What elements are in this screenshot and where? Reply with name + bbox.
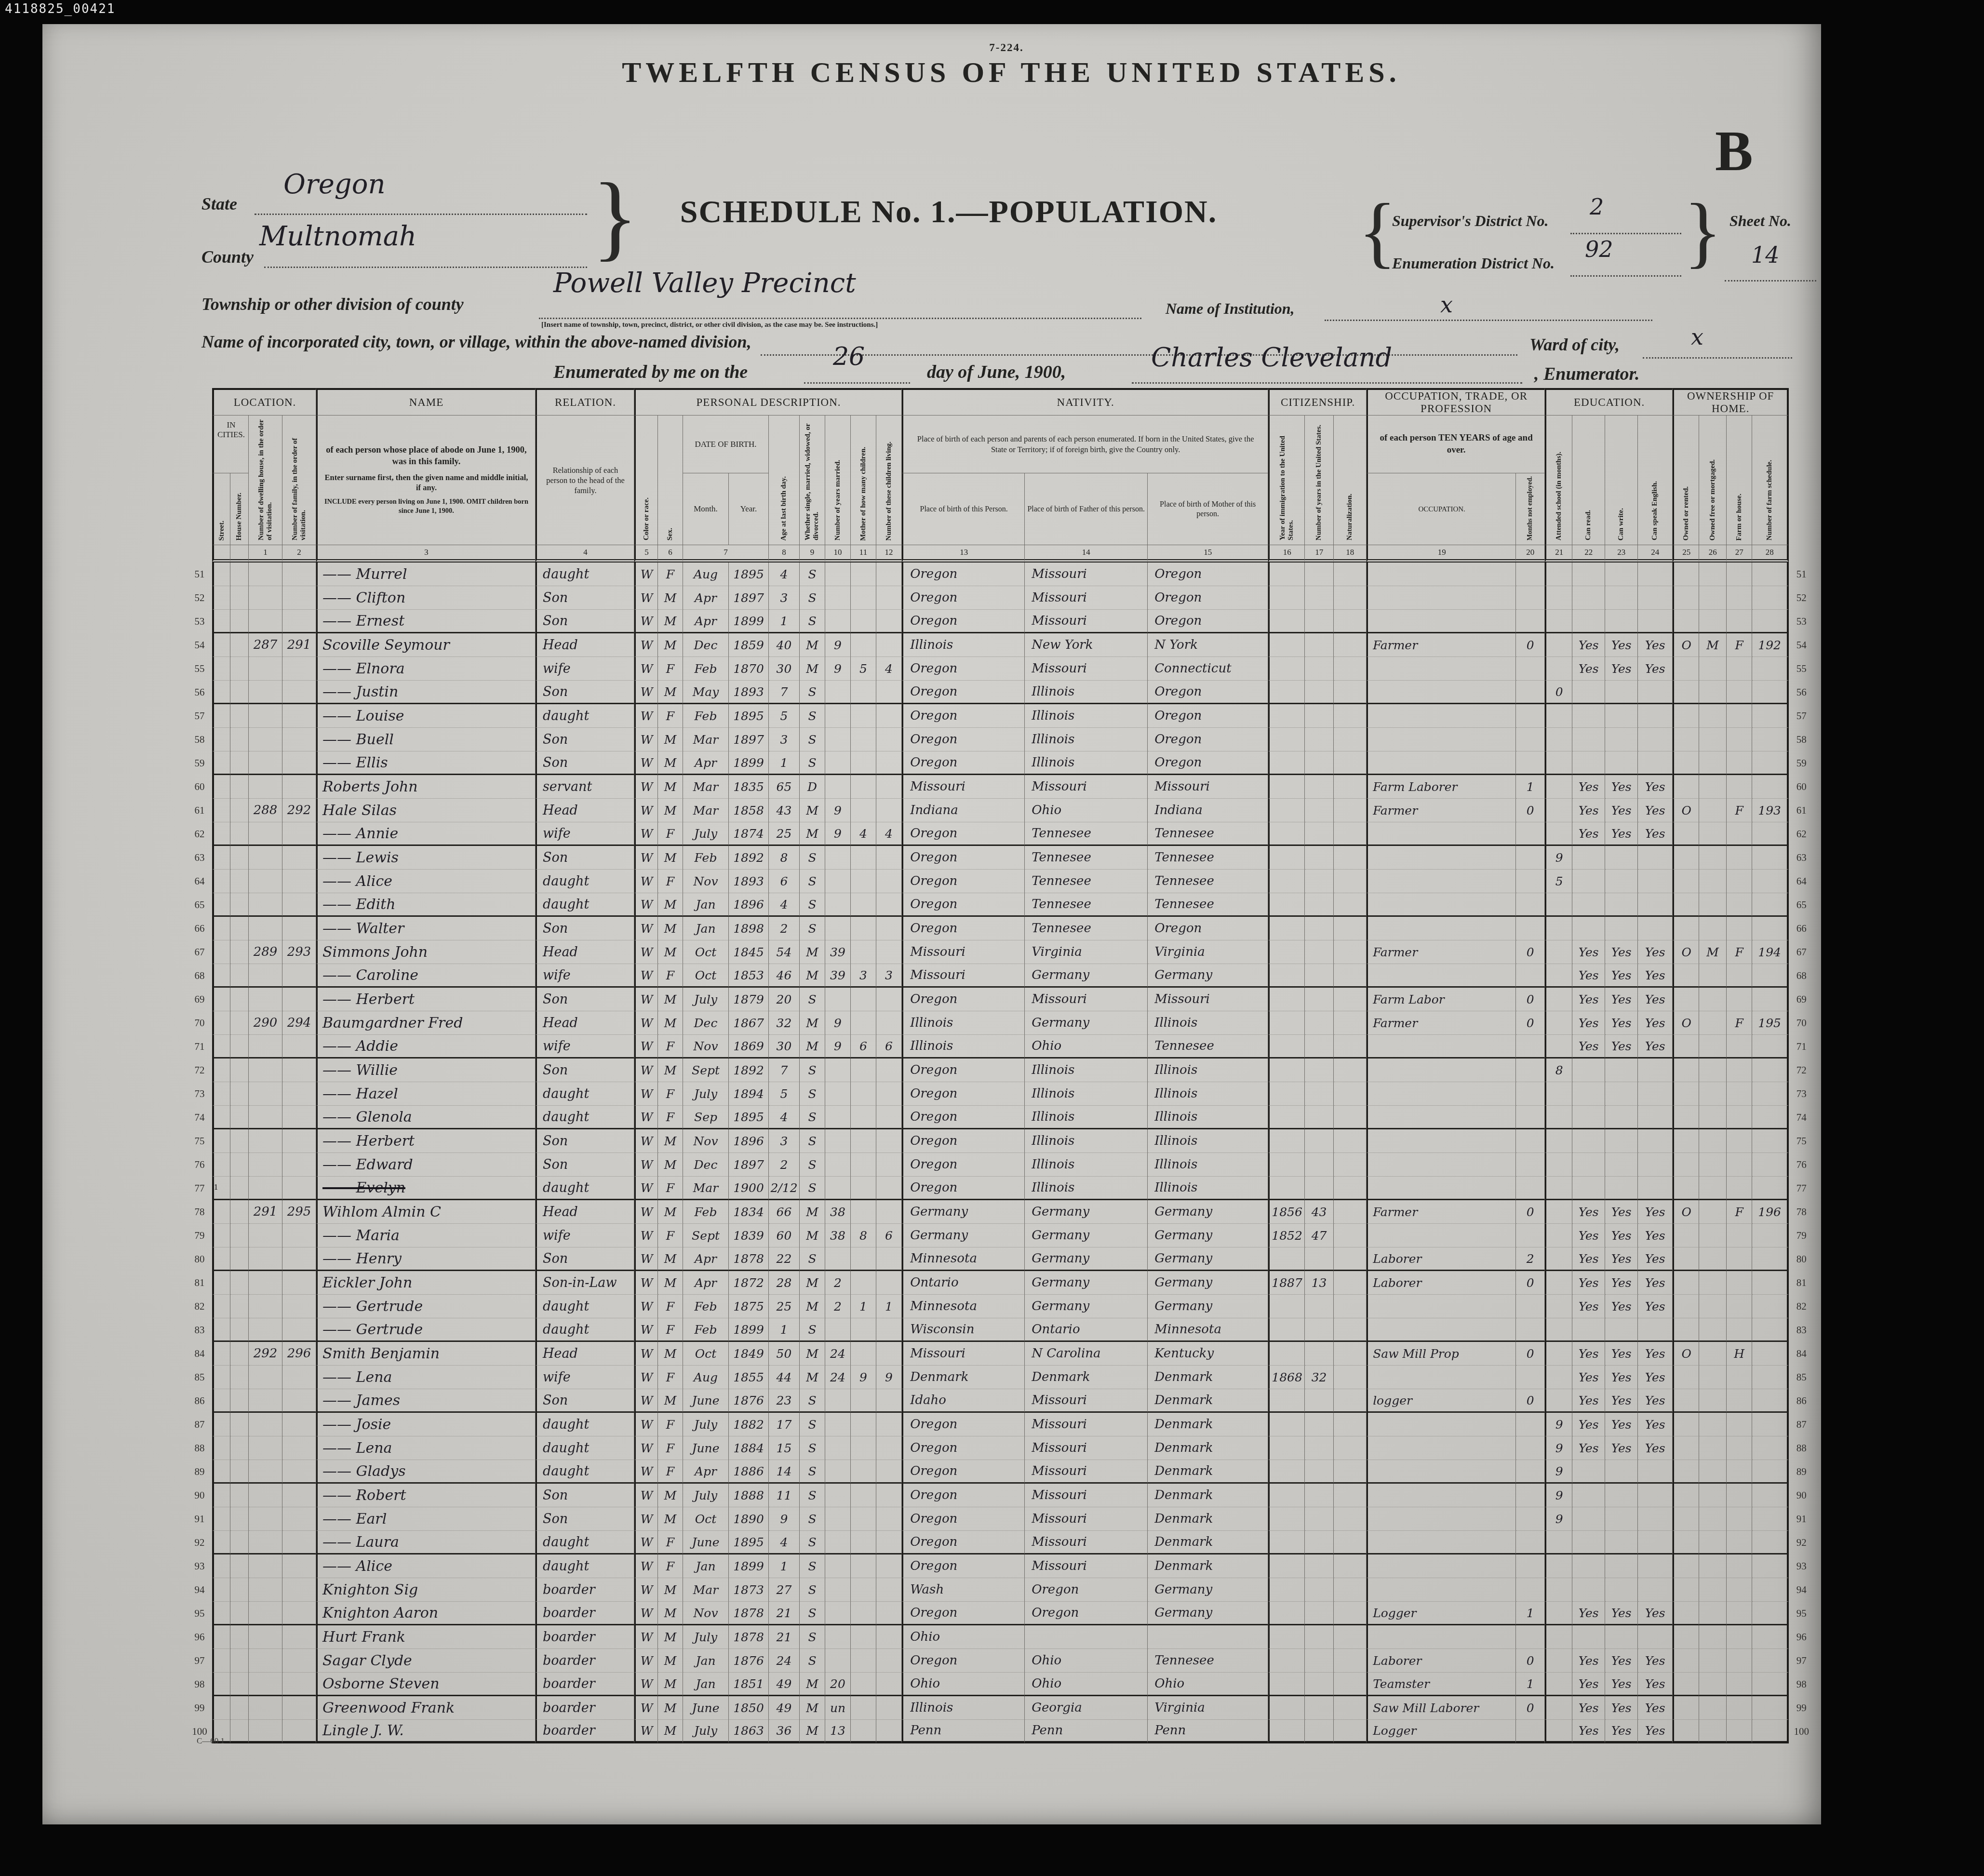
cell-fam: 293 <box>282 940 316 964</box>
township-line <box>539 317 1141 319</box>
cell-dw <box>249 1177 282 1200</box>
cell-rn: 61 <box>1789 799 1814 822</box>
cell-bf: Tennesee <box>1025 870 1148 893</box>
cell-dw <box>249 775 282 799</box>
cell-or <box>1673 1224 1699 1247</box>
cell-iy: 1856 <box>1268 1200 1305 1224</box>
colnum-blank-house <box>230 545 249 563</box>
cell-or <box>1673 1413 1699 1436</box>
col-years-married-label: Number of years married. <box>834 457 842 542</box>
cell-iy <box>1268 940 1305 964</box>
cell-at <box>1545 964 1572 988</box>
cell-at <box>1545 1106 1572 1129</box>
cell-c: W <box>634 728 658 751</box>
cell-st <box>212 1366 230 1389</box>
cell-rn: 62 <box>1789 822 1814 846</box>
cell-oc: Laborer <box>1367 1271 1516 1295</box>
cell-fm <box>1699 563 1727 586</box>
cell-bf: Denmark <box>1025 1366 1148 1389</box>
cell-st <box>212 1460 230 1484</box>
col-naturalization: Naturalization. <box>1334 415 1367 545</box>
cell-iy <box>1268 799 1305 822</box>
cell-bmo: Oregon <box>1148 917 1268 940</box>
cell-name: —— Annie <box>316 822 536 846</box>
cell-iy <box>1268 751 1305 775</box>
cell-bp: Illinois <box>902 1696 1025 1720</box>
cell-fh <box>1727 1554 1752 1578</box>
cell-st <box>212 1318 230 1342</box>
cell-rd: Yes <box>1572 775 1605 799</box>
cell-s: M <box>658 1673 683 1696</box>
cell-rn: 64 <box>1789 870 1814 893</box>
cell-bf: Germany <box>1025 1247 1148 1271</box>
cell-m: S <box>800 1554 825 1578</box>
cell-sp: Yes <box>1638 1271 1673 1295</box>
cell-yu <box>1305 964 1334 988</box>
table-row: 52—— CliftonSonWMApr18973SOregonMissouri… <box>187 586 1814 610</box>
cell-bp: Missouri <box>902 964 1025 988</box>
cell-at <box>1545 1531 1572 1554</box>
cell-rn: 78 <box>1789 1200 1814 1224</box>
cell-cl <box>876 728 902 751</box>
cell-mc <box>851 1696 876 1720</box>
cell-sp: Yes <box>1638 1011 1673 1035</box>
cell-age: 24 <box>769 1649 800 1673</box>
cell-hn <box>230 1082 249 1106</box>
cell-bf: Missouri <box>1025 610 1148 633</box>
cell-hn <box>230 1484 249 1507</box>
cell-bp: Oregon <box>902 893 1025 917</box>
cell-fm <box>1699 1106 1727 1129</box>
cell-iy <box>1268 1436 1305 1460</box>
cell-rn: 52 <box>1789 586 1814 610</box>
cell-bp: Ohio <box>902 1673 1025 1696</box>
cell-wr: Yes <box>1605 1602 1638 1625</box>
cell-oc <box>1367 1436 1516 1460</box>
col-sex: Sex. <box>658 415 683 545</box>
name-desc-3: INCLUDE every person living on June 1, 1… <box>323 497 529 515</box>
cell-mc <box>851 704 876 728</box>
cell-fm <box>1699 1649 1727 1673</box>
col-age: Age at last birth day. <box>769 415 800 545</box>
cell-fs <box>1752 1295 1789 1318</box>
cell-bmo: Illinois <box>1148 1106 1268 1129</box>
cell-s: M <box>658 1011 683 1035</box>
cell-fam <box>282 1059 316 1082</box>
cell-na <box>1334 563 1367 586</box>
cell-hn <box>230 917 249 940</box>
cell-cl <box>876 563 902 586</box>
cell-s: F <box>658 657 683 681</box>
name-desc-2: Enter surname first, then the given name… <box>323 472 529 493</box>
cell-wr <box>1605 1106 1638 1129</box>
cell-rn: 99 <box>1789 1696 1814 1720</box>
cell-bp: Missouri <box>902 940 1025 964</box>
county-line <box>264 266 587 268</box>
cell-name: Hurt Frank <box>316 1625 536 1649</box>
cell-age: 4 <box>769 563 800 586</box>
cell-fh <box>1727 1696 1752 1720</box>
cell-mc <box>851 1507 876 1531</box>
cell-fam <box>282 1720 316 1743</box>
cell-mn: 0 <box>1516 1342 1545 1366</box>
table-row: 85—— LenawifeWFAug185544M2499DenmarkDenm… <box>187 1366 1814 1389</box>
table-row: 67289293Simmons JohnHeadWMOct184554M39Mi… <box>187 940 1814 964</box>
cell-s: M <box>658 751 683 775</box>
cell-m: S <box>800 1460 825 1484</box>
cell-bf: Germany <box>1025 964 1148 988</box>
cell-ym: 9 <box>825 1035 851 1059</box>
table-row: 75—— HerbertSonWMNov18963SOregonIllinois… <box>187 1129 1814 1153</box>
col-month: Month. <box>683 473 729 545</box>
cell-mc <box>851 775 876 799</box>
cell-dw <box>249 822 282 846</box>
cell-at <box>1545 940 1572 964</box>
cell-fh <box>1727 1106 1752 1129</box>
cell-rel: Head <box>536 1200 634 1224</box>
col-group-education: EDUCATION. <box>1545 388 1673 415</box>
cell-fam <box>282 893 316 917</box>
cell-s: M <box>658 1129 683 1153</box>
cell-by: 1872 <box>729 1271 769 1295</box>
cell-sp: Yes <box>1638 1413 1673 1436</box>
cell-mn: 0 <box>1516 633 1545 657</box>
cell-dw <box>249 1507 282 1531</box>
cell-oc: Farmer <box>1367 799 1516 822</box>
cell-fam <box>282 1247 316 1271</box>
cell-mn: 1 <box>1516 1602 1545 1625</box>
cell-at: 0 <box>1545 681 1572 704</box>
cell-at <box>1545 1720 1572 1743</box>
cell-mn <box>1516 1059 1545 1082</box>
cell-st <box>212 681 230 704</box>
cell-ln: 64 <box>187 870 212 893</box>
cell-bf: Ohio <box>1025 1649 1148 1673</box>
cell-hn <box>230 1673 249 1696</box>
cell-oc: Farmer <box>1367 633 1516 657</box>
cell-fs <box>1752 1696 1789 1720</box>
cell-age: 2 <box>769 1153 800 1177</box>
cell-age: 3 <box>769 1129 800 1153</box>
cell-yu: 13 <box>1305 1271 1334 1295</box>
table-row: 88—— LenadaughtWFJune188415SOregonMissou… <box>187 1436 1814 1460</box>
cell-name: —— Alice <box>316 870 536 893</box>
cell-fh <box>1727 1389 1752 1413</box>
cell-bf: Missouri <box>1025 1436 1148 1460</box>
cell-sp <box>1638 870 1673 893</box>
cell-c: W <box>634 1554 658 1578</box>
cell-dw <box>249 1484 282 1507</box>
cell-iy <box>1268 822 1305 846</box>
cell-bp: Illinois <box>902 633 1025 657</box>
cell-bf: Illinois <box>1025 1082 1148 1106</box>
cell-cl <box>876 1153 902 1177</box>
cell-st <box>212 1578 230 1602</box>
cell-ym <box>825 893 851 917</box>
cell-sp: Yes <box>1638 1342 1673 1366</box>
cell-rd <box>1572 728 1605 751</box>
cell-age: 21 <box>769 1602 800 1625</box>
cell-fam <box>282 1460 316 1484</box>
cell-mn <box>1516 1484 1545 1507</box>
cell-fs <box>1752 1484 1789 1507</box>
cell-ln: 65 <box>187 893 212 917</box>
cell-at <box>1545 704 1572 728</box>
cell-yu <box>1305 1507 1334 1531</box>
cell-fam <box>282 1318 316 1342</box>
col-bp-father-label: Place of birth of Father of this person. <box>1027 505 1145 513</box>
cell-na <box>1334 610 1367 633</box>
cell-cl <box>876 1696 902 1720</box>
cell-dw <box>249 917 282 940</box>
cell-ln: 84 <box>187 1342 212 1366</box>
cell-bp: Ontario <box>902 1271 1025 1295</box>
colnum-9: 9 <box>800 545 825 563</box>
cell-s: M <box>658 1507 683 1531</box>
cell-dw <box>249 1625 282 1649</box>
cell-bmo: Germany <box>1148 964 1268 988</box>
cell-fh <box>1727 1035 1752 1059</box>
cell-fam: 296 <box>282 1342 316 1366</box>
cell-ym <box>825 728 851 751</box>
cell-iy <box>1268 1554 1305 1578</box>
cell-cl: 9 <box>876 1366 902 1389</box>
cell-bm: Feb <box>683 1295 729 1318</box>
cell-yu <box>1305 1696 1334 1720</box>
cell-fm <box>1699 1413 1727 1436</box>
cell-fh <box>1727 1318 1752 1342</box>
cell-cl <box>876 1436 902 1460</box>
table-row: 76—— EdwardSonWMDec18972SOregonIllinoisI… <box>187 1153 1814 1177</box>
cell-age: 25 <box>769 1295 800 1318</box>
cell-m: S <box>800 563 825 586</box>
col-children-living: Number of these children living. <box>876 415 902 545</box>
cell-iy <box>1268 1720 1305 1743</box>
cell-na <box>1334 1342 1367 1366</box>
cell-na <box>1334 1531 1367 1554</box>
colnum-20: 20 <box>1516 545 1545 563</box>
cell-sp: Yes <box>1638 1295 1673 1318</box>
cell-dw <box>249 1389 282 1413</box>
cell-fh <box>1727 964 1752 988</box>
cell-ym <box>825 1484 851 1507</box>
table-row: 98Osborne StevenboarderWMJan185149M20Ohi… <box>187 1673 1814 1696</box>
cell-or <box>1673 751 1699 775</box>
col-bp-father: Place of birth of Father of this person. <box>1025 473 1148 545</box>
scan-id-label: 4118825_00421 <box>5 2 116 16</box>
cell-hn <box>230 610 249 633</box>
cell-iy <box>1268 586 1305 610</box>
col-group-relation: RELATION. <box>536 388 634 415</box>
cell-mn <box>1516 681 1545 704</box>
cell-ln: 55 <box>187 657 212 681</box>
cell-fh: F <box>1727 799 1752 822</box>
cell-s: F <box>658 563 683 586</box>
cell-mn <box>1516 1460 1545 1484</box>
cell-hn <box>230 870 249 893</box>
cell-bm: Sept <box>683 1224 729 1247</box>
cell-or <box>1673 1578 1699 1602</box>
cell-na <box>1334 1247 1367 1271</box>
cell-cl <box>876 586 902 610</box>
cell-fam <box>282 751 316 775</box>
cell-ln: 54 <box>187 633 212 657</box>
cell-at <box>1545 1389 1572 1413</box>
cell-dw <box>249 1129 282 1153</box>
cell-fh <box>1727 1059 1752 1082</box>
cell-fh: F <box>1727 1011 1752 1035</box>
cell-at <box>1545 1153 1572 1177</box>
cell-mn: 0 <box>1516 1011 1545 1035</box>
cell-bm: Sept <box>683 1059 729 1082</box>
cell-ln: 89 <box>187 1460 212 1484</box>
cell-hn <box>230 1271 249 1295</box>
cell-by: 1898 <box>729 917 769 940</box>
cell-or <box>1673 1177 1699 1200</box>
cell-iy <box>1268 1413 1305 1436</box>
cell-age: 17 <box>769 1413 800 1436</box>
cell-mn <box>1516 1106 1545 1129</box>
cell-cl <box>876 1673 902 1696</box>
cell-yu <box>1305 1318 1334 1342</box>
cell-st <box>212 633 230 657</box>
cell-hn <box>230 1531 249 1554</box>
cell-iy <box>1268 1011 1305 1035</box>
cell-c: W <box>634 1389 658 1413</box>
colnum-3: 3 <box>316 545 536 563</box>
cell-oc <box>1367 1295 1516 1318</box>
cell-fs <box>1752 846 1789 870</box>
cell-s: M <box>658 1342 683 1366</box>
cell-wr: Yes <box>1605 1200 1638 1224</box>
cell-sp <box>1638 846 1673 870</box>
cell-rel: Son <box>536 1484 634 1507</box>
cell-dw <box>249 657 282 681</box>
cell-ym <box>825 610 851 633</box>
cell-name: —— Gertrude <box>316 1318 536 1342</box>
cell-iy <box>1268 1153 1305 1177</box>
cell-fam <box>282 1153 316 1177</box>
cell-name: Knighton Aaron <box>316 1602 536 1625</box>
table-row: 61288292Hale SilasHeadWMMar185843M9India… <box>187 799 1814 822</box>
cell-age: 44 <box>769 1366 800 1389</box>
cell-fam <box>282 1696 316 1720</box>
colnum-blank-street <box>212 545 230 563</box>
district-brace-close: } <box>1684 192 1722 271</box>
cell-rel: Son <box>536 751 634 775</box>
cell-bf: Missouri <box>1025 563 1148 586</box>
cell-mn <box>1516 563 1545 586</box>
cell-mn: 0 <box>1516 1696 1545 1720</box>
census-title: TWELFTH CENSUS OF THE UNITED STATES. <box>611 56 1411 89</box>
cell-bm: Jan <box>683 917 729 940</box>
cell-fs: 193 <box>1752 799 1789 822</box>
cell-fam <box>282 1366 316 1389</box>
cell-yu <box>1305 1554 1334 1578</box>
cell-wr <box>1605 681 1638 704</box>
cell-yu <box>1305 704 1334 728</box>
cell-bm: June <box>683 1696 729 1720</box>
cell-bp: Oregon <box>902 1106 1025 1129</box>
cell-rel: Head <box>536 940 634 964</box>
cell-fh <box>1727 1177 1752 1200</box>
cell-fh <box>1727 1082 1752 1106</box>
cell-ln: 59 <box>187 751 212 775</box>
population-table: LOCATION. NAME RELATION. PERSONAL DESCRI… <box>187 388 1814 1743</box>
cell-hn <box>230 657 249 681</box>
cell-wr: Yes <box>1605 1035 1638 1059</box>
cell-c: W <box>634 633 658 657</box>
census-rows: 51—— MurreldaughtWFAug18954SOregonMissou… <box>187 563 1814 1743</box>
cell-m: S <box>800 1507 825 1531</box>
cell-rel: daught <box>536 1318 634 1342</box>
cell-bm: Apr <box>683 610 729 633</box>
cell-iy <box>1268 1696 1305 1720</box>
cell-st <box>212 1035 230 1059</box>
cell-age: 4 <box>769 893 800 917</box>
cell-m: S <box>800 1059 825 1082</box>
cell-s: F <box>658 1177 683 1200</box>
cell-name: —— Maria <box>316 1224 536 1247</box>
cell-iy: 1887 <box>1268 1271 1305 1295</box>
cell-rel: Head <box>536 1011 634 1035</box>
cell-sp: Yes <box>1638 1649 1673 1673</box>
cell-fm <box>1699 1271 1727 1295</box>
cell-or <box>1673 1059 1699 1082</box>
cell-dw <box>249 1247 282 1271</box>
cell-by: 1895 <box>729 704 769 728</box>
cell-fam <box>282 1578 316 1602</box>
cell-bm: Dec <box>683 1153 729 1177</box>
cell-rd <box>1572 1578 1605 1602</box>
cell-hn <box>230 586 249 610</box>
cell-rd: Yes <box>1572 1602 1605 1625</box>
cell-c: W <box>634 1602 658 1625</box>
cell-cl <box>876 610 902 633</box>
cell-or <box>1673 964 1699 988</box>
cell-bf: Penn <box>1025 1720 1148 1743</box>
table-row: 56—— JustinSonWMMay18937SOregonIllinoisO… <box>187 681 1814 704</box>
cell-fm <box>1699 1720 1727 1743</box>
cell-name: —— Gertrude <box>316 1295 536 1318</box>
cell-bmo: Denmark <box>1148 1531 1268 1554</box>
cell-fam <box>282 1177 316 1200</box>
cell-fs <box>1752 917 1789 940</box>
cell-sp <box>1638 1153 1673 1177</box>
cell-st <box>212 586 230 610</box>
cell-by: 1899 <box>729 1554 769 1578</box>
cell-bmo: Oregon <box>1148 704 1268 728</box>
cell-oc <box>1367 657 1516 681</box>
table-row: 68—— CarolinewifeWFOct185346M3933Missour… <box>187 964 1814 988</box>
cell-ym: 13 <box>825 1720 851 1743</box>
cell-bf: Virginia <box>1025 940 1148 964</box>
cell-c: W <box>634 1059 658 1082</box>
cell-by: 1875 <box>729 1295 769 1318</box>
col-occupation-desc: of each person TEN YEARS of age and over… <box>1367 415 1545 473</box>
cell-sp <box>1638 1106 1673 1129</box>
cell-at <box>1545 1082 1572 1106</box>
cell-fs <box>1752 681 1789 704</box>
cell-rd <box>1572 1507 1605 1531</box>
cell-iy <box>1268 563 1305 586</box>
cell-oc: Laborer <box>1367 1649 1516 1673</box>
cell-fam <box>282 1082 316 1106</box>
cell-wr: Yes <box>1605 964 1638 988</box>
cell-bmo: Denmark <box>1148 1507 1268 1531</box>
cell-rd: Yes <box>1572 633 1605 657</box>
cell-bmo: Illinois <box>1148 1153 1268 1177</box>
